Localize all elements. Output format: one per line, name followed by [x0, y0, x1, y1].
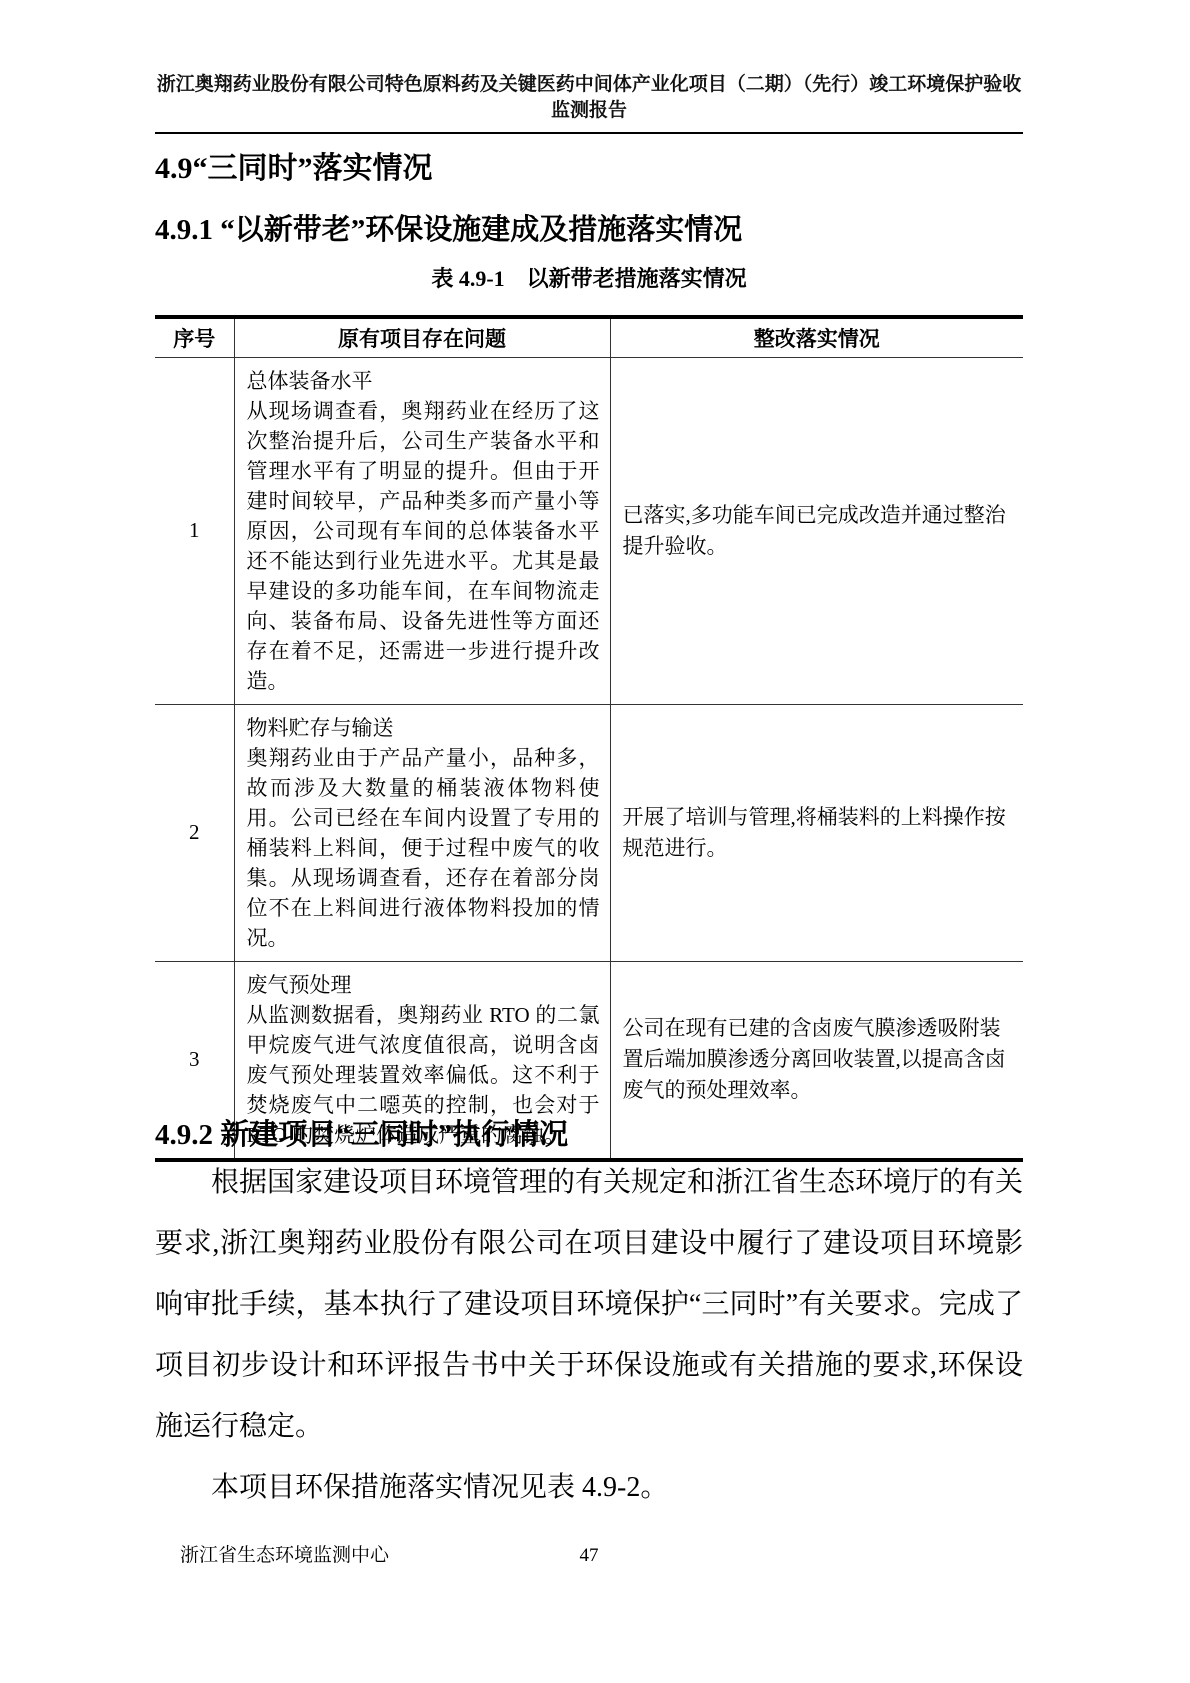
table-row: 2 物料贮存与输送 奥翔药业由于产品产量小，品种多，故而涉及大数量的桶装液体物料…: [155, 704, 1023, 961]
issue-title: 总体装备水平: [247, 366, 600, 396]
issue-body: 从现场调查看，奥翔药业在经历了这次整治提升后，公司生产装备水平和管理水平有了明显…: [247, 396, 600, 696]
column-header-issue: 原有项目存在问题: [234, 317, 610, 357]
running-header: 浙江奥翔药业股份有限公司特色原料药及关键医药中间体产业化项目（二期）（先行）竣工…: [155, 72, 1023, 134]
table-row: 1 总体装备水平 从现场调查看，奥翔药业在经历了这次整治提升后，公司生产装备水平…: [155, 357, 1023, 704]
measures-table: 序号 原有项目存在问题 整改落实情况 1 总体装备水平 从现场调查看，奥翔药业在…: [155, 315, 1023, 1162]
running-header-line1: 浙江奥翔药业股份有限公司特色原料药及关键医药中间体产业化项目（二期）（先行）竣工…: [155, 72, 1023, 98]
action-cell: 已落实,多功能车间已完成改造并通过整治提升验收。: [610, 357, 1023, 704]
section-4-9-1-heading: 4.9.1 “以新带老”环保设施建成及措施落实情况: [155, 207, 1023, 248]
issue-title: 物料贮存与输送: [247, 713, 600, 743]
table-4-9-1-caption: 表 4.9-1 以新带老措施落实情况: [155, 262, 1023, 293]
section-4-9-2-body: 根据国家建设项目环境管理的有关规定和浙江省生态环境厅的有关要求,浙江奥翔药业股份…: [155, 1152, 1023, 1518]
footer-organization: 浙江省生态环境监测中心: [180, 1544, 389, 1568]
issue-cell: 总体装备水平 从现场调查看，奥翔药业在经历了这次整治提升后，公司生产装备水平和管…: [234, 357, 610, 704]
running-header-line2: 监测报告: [155, 98, 1023, 124]
section-4-9-heading: 4.9“三同时”落实情况: [155, 143, 1023, 187]
section-4-9-2-heading: 4.9.2 新建项目“三同时”执行情况: [155, 1112, 1023, 1153]
body-paragraph: 本项目环保措施落实情况见表 4.9-2。: [155, 1457, 1023, 1518]
row-number: 1: [155, 357, 234, 704]
issue-title: 废气预处理: [247, 970, 600, 1000]
column-header-action: 整改落实情况: [610, 317, 1023, 357]
action-cell: 开展了培训与管理,将桶装料的上料操作按规范进行。: [610, 704, 1023, 961]
document-page: 浙江奥翔药业股份有限公司特色原料药及关键医药中间体产业化项目（二期）（先行）竣工…: [0, 0, 1190, 1683]
body-paragraph: 根据国家建设项目环境管理的有关规定和浙江省生态环境厅的有关要求,浙江奥翔药业股份…: [155, 1152, 1023, 1457]
table-header-row: 序号 原有项目存在问题 整改落实情况: [155, 317, 1023, 357]
issue-cell: 物料贮存与输送 奥翔药业由于产品产量小，品种多，故而涉及大数量的桶装液体物料使用…: [234, 704, 610, 961]
row-number: 2: [155, 704, 234, 961]
issue-body: 奥翔药业由于产品产量小，品种多，故而涉及大数量的桶装液体物料使用。公司已经在车间…: [247, 743, 600, 953]
column-header-no: 序号: [155, 317, 234, 357]
